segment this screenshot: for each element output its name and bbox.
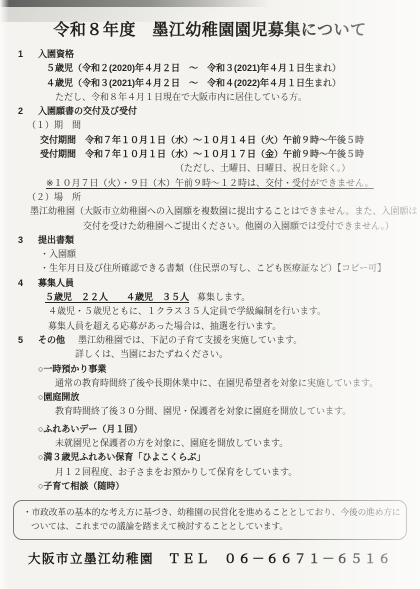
section5-intro1: 墨江幼稚園では、下記の子育て支援を実施しています。 bbox=[65, 335, 302, 345]
notice-line1: ・市政改革の基本的な考え方に基づき、幼稚園の民営化を進めることとしており、今後の… bbox=[23, 506, 397, 520]
program3-title: ○ふれあいデー（月１回） bbox=[0, 422, 420, 436]
program4-desc: 月１２回程度、お子さまをお預かりして保育をしています。 bbox=[0, 465, 420, 479]
closure-warning: ※１０月７日（火）・９日（木）午前９時～１２時は、交付・受付ができません。 bbox=[0, 176, 420, 190]
period-exception: （ただし、土曜日、日曜日、祝日を除く。） bbox=[0, 161, 420, 175]
section5-intro2: 詳しくは、当園におたずねください。 bbox=[0, 347, 420, 361]
section3-heading-row: 3提出書類 bbox=[0, 233, 420, 247]
age4-eligibility: ４歳児（令和３(2021)年４月２日 ～ 令和４(2022)年４月１日生まれ） bbox=[0, 76, 420, 90]
section5-heading: その他 bbox=[38, 335, 65, 345]
place-line2: 交付を受けた幼稚園へご提出ください。他園の入園願では受付できません。） bbox=[0, 219, 420, 233]
residency-note: ただし、令和８年４月１日現在で大阪市内に居住している方。 bbox=[0, 90, 420, 104]
section2-heading: 入園願書の交付及び受付 bbox=[38, 106, 137, 116]
scan-top-edge bbox=[0, 0, 270, 7]
program2-desc: 教育時間終了後３０分間、園児・保護者を対象に園庭を開放しています。 bbox=[0, 404, 420, 418]
section1-heading: 入園資格 bbox=[38, 49, 74, 59]
place-label: （２）場 所 bbox=[0, 190, 420, 204]
section4-heading-row: 4募集人員 bbox=[0, 276, 420, 290]
program1-title: ○一時預かり事業 bbox=[0, 362, 420, 376]
document-item1: ・入園願 bbox=[0, 247, 420, 261]
program2-title: ○園庭開放 bbox=[0, 390, 420, 404]
document-title: 令和８年度 墨江幼稚園園児募集について bbox=[0, 21, 420, 40]
capacity-suffix: 募集します。 bbox=[189, 292, 250, 302]
program1-desc: 通常の教育時間終了後や長期休業中に、在園児希望者を対象に実施しています。 bbox=[0, 376, 420, 390]
scan-left-edge bbox=[0, 0, 9, 589]
section4-heading: 募集人員 bbox=[38, 278, 74, 288]
period-label: （１）期 間 bbox=[0, 118, 420, 132]
scanned-enrollment-notice: 令和８年度 墨江幼稚園園児募集について 1入園資格 ５歳児（令和２(2020)年… bbox=[0, 0, 420, 589]
accept-period: 受付期間 令和７年１０月１日（水）～１０月１７日（金）午前９時～午後５時 bbox=[0, 147, 420, 161]
capacity-row: ５歳児 ２２人 ４歳児 ３５人募集します。 bbox=[0, 290, 420, 304]
place-line1: 墨江幼稚園（大阪市立幼稚園への入園願を複数園に提出することはできません。また、入… bbox=[0, 204, 420, 218]
class-note: ４歳児・５歳児ともに、１クラス３５人定員で学級編制を行います。 bbox=[0, 304, 420, 318]
section3-heading: 提出書類 bbox=[38, 235, 74, 245]
program3-desc: 未就園児と保護者の方を対象に、園庭を開放しています。 bbox=[0, 436, 420, 450]
document-item2: ・生年月日及び住所確認できる書類（住民票の写し、こども医療証など）【コピー可】 bbox=[0, 261, 420, 275]
section2-heading-row: 2入園願書の交付及び受付 bbox=[0, 104, 420, 118]
notice-line2: ついては、これまでの議論を踏まえて検討することとしています。 bbox=[23, 520, 397, 534]
program5-title: ○子育て相談（随時） bbox=[0, 479, 420, 493]
program4-title: ○満３歳児ふれあい保育「ひよこくらぶ」 bbox=[0, 450, 420, 464]
section5-heading-row: 5その他墨江幼稚園では、下記の子育て支援を実施しています。 bbox=[0, 333, 420, 347]
grant-period: 交付期間 令和７年１０月１日（水）～１０月１４日（火）午前９時～午後５時 bbox=[0, 133, 420, 147]
section1-heading-row: 1入園資格 bbox=[0, 47, 420, 61]
capacity-numbers: ５歳児 ２２人 ４歳児 ３５人 bbox=[45, 292, 189, 302]
contact-footer: 大阪市立墨江幼稚園 ＴＥＬ ０６－６６７１－６５１６ bbox=[0, 549, 420, 567]
age5-eligibility: ５歳児（令和２(2020)年４月２日 ～ 令和３(2021)年４月１日生まれ） bbox=[0, 61, 420, 75]
lottery-note: 募集人員を超える応募があった場合は、抽選を行います。 bbox=[0, 319, 420, 333]
privatization-notice-box: ・市政改革の基本的な考え方に基づき、幼稚園の民営化を進めることとしており、今後の… bbox=[13, 500, 407, 540]
